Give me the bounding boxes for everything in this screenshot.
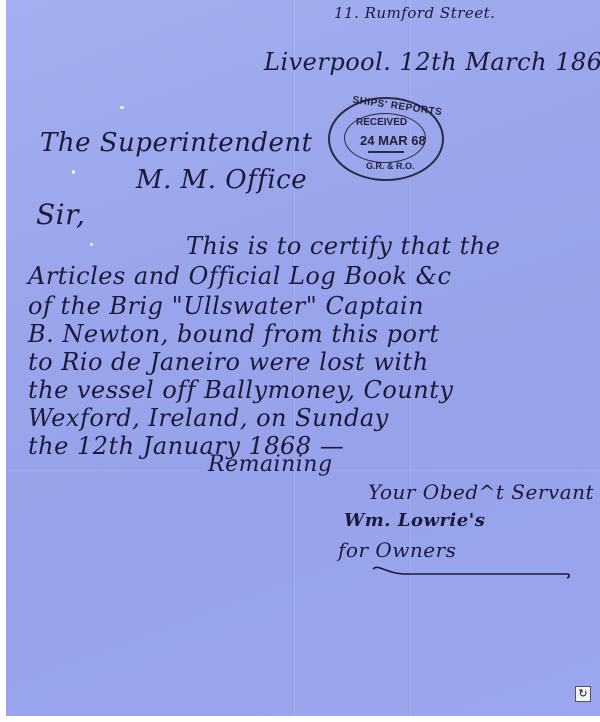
stamp-received-text: RECEIVED <box>356 117 407 128</box>
stamp-date: 24 MAR 68 <box>360 133 426 148</box>
body-line: Wexford, Ireland, on Sunday <box>28 404 389 432</box>
paper-speck <box>72 170 75 174</box>
sender-address: 11. Rumford Street. <box>334 4 495 22</box>
closing-servant: Your Obed^t Servant <box>368 480 594 504</box>
body-line: This is to certify that the <box>186 232 500 260</box>
body-line: of the Brig "Ullswater" Captain <box>28 292 424 320</box>
body-line: Articles and Official Log Book &c <box>28 262 451 290</box>
closing-remaining: Remaining <box>208 452 333 477</box>
paper-speck <box>90 243 93 246</box>
stamp-bottom-text: G.R. & R.O. <box>366 161 415 171</box>
for-owners: for Owners <box>338 538 456 562</box>
place-date: Liverpool. 12th March 1868 <box>264 48 600 76</box>
paper-speck <box>120 106 124 109</box>
stamp-ornament <box>368 151 404 153</box>
received-stamp: SHIPS' REPORTS RECEIVED 24 MAR 68 G.R. &… <box>328 97 444 181</box>
body-line: the vessel off Ballymoney, County <box>28 376 453 404</box>
signature-flourish <box>371 563 571 579</box>
signature: Wm. Lowrie's <box>344 510 485 531</box>
body-line: to Rio de Janeiro were lost with <box>28 348 429 376</box>
rotate-icon[interactable]: ↻ <box>575 686 591 702</box>
addressee-office: M. M. Office <box>136 165 307 195</box>
letter-page: 11. Rumford Street. Liverpool. 12th Marc… <box>6 0 600 716</box>
addressee-title: The Superintendent <box>40 128 313 158</box>
salutation: Sir, <box>36 198 85 231</box>
body-line: B. Newton, bound from this port <box>28 320 440 348</box>
